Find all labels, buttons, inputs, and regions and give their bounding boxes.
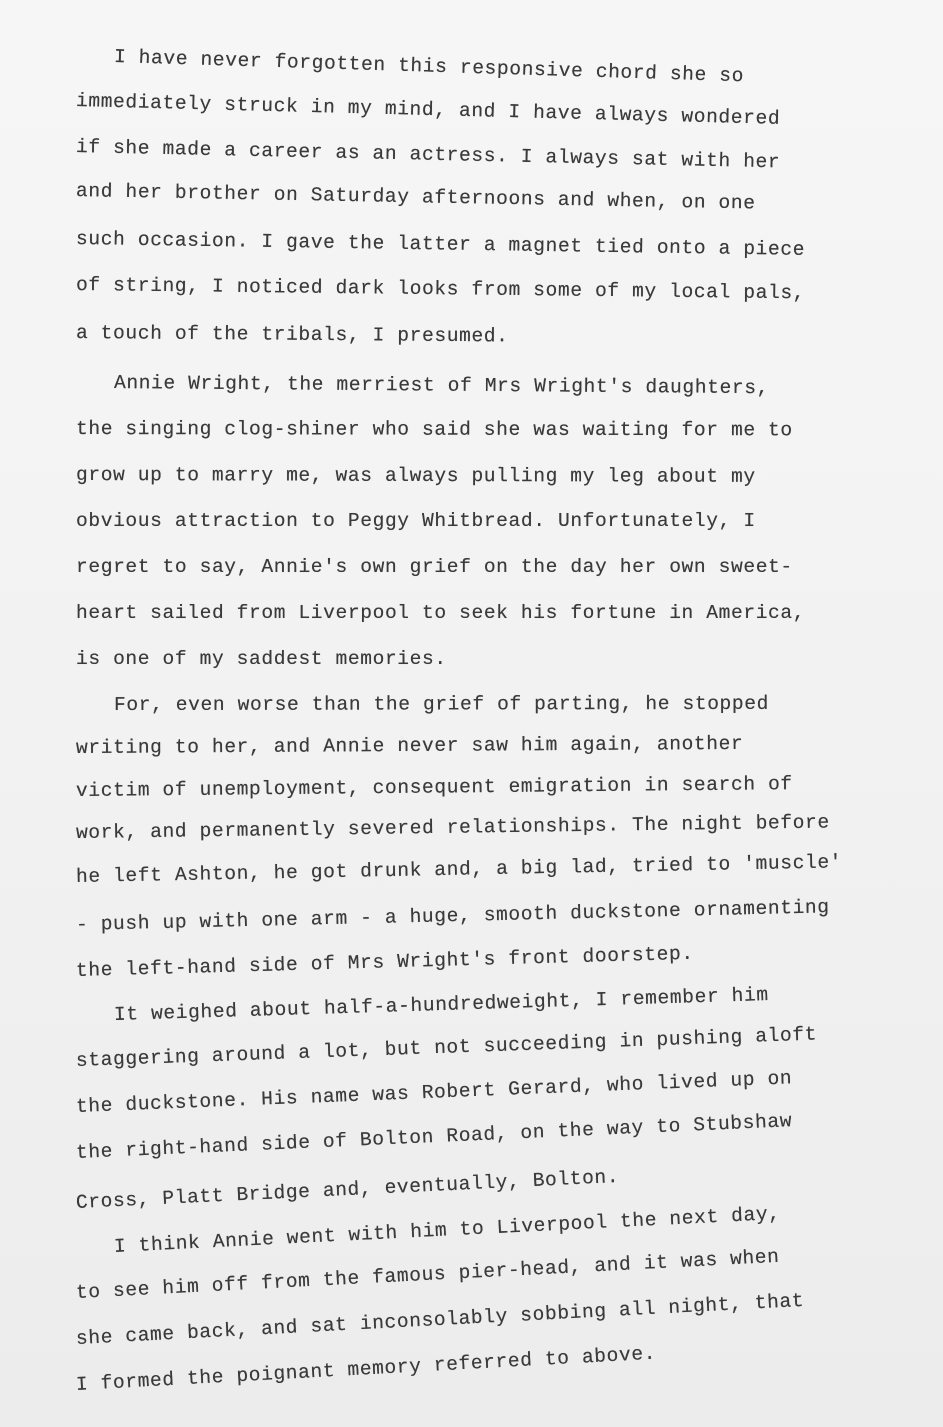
text-line: regret to say, Annie's own grief on the … [76, 556, 793, 578]
text-line: the duckstone. His name was Robert Gerar… [76, 1067, 793, 1118]
text-line: such occasion. I gave the latter a magne… [76, 228, 805, 261]
text-line: the left-hand side of Mrs Wright's front… [76, 943, 694, 982]
text-line: the singing clog-shiner who said she was… [76, 418, 793, 441]
typewritten-page: I have never forgotten this responsive c… [0, 0, 943, 1427]
text-line: - push up with one arm - a huge, smooth … [76, 896, 830, 936]
text-line: if she made a career as an actress. I al… [76, 136, 781, 173]
text-line: Cross, Platt Bridge and, eventually, Bol… [75, 1166, 619, 1214]
text-line: obvious attraction to Peggy Whitbread. U… [76, 510, 756, 532]
text-line: staggering around a lot, but not succeed… [76, 1023, 818, 1072]
text-line: victim of unemployment, consequent emigr… [76, 773, 793, 802]
text-line: I have never forgotten this responsive c… [114, 46, 745, 87]
text-line: work, and permanently severed relationsh… [76, 811, 830, 844]
text-line: I formed the poignant memory referred to… [75, 1343, 656, 1396]
text-line: writing to her, and Annie never saw him … [76, 733, 743, 759]
text-line: he left Ashton, he got drunk and, a big … [76, 851, 842, 888]
text-line: immediately struck in my mind, and I hav… [76, 90, 781, 130]
text-line: the right-hand side of Bolton Road, on t… [76, 1110, 793, 1164]
text-line: Annie Wright, the merriest of Mrs Wright… [114, 372, 769, 399]
text-line: grow up to marry me, was always pulling … [76, 464, 756, 488]
text-line: of string, I noticed dark looks from som… [76, 274, 805, 304]
text-line: For, even worse than the grief of partin… [114, 693, 769, 716]
text-line: is one of my saddest memories. [76, 648, 447, 670]
text-line: heart sailed from Liverpool to seek his … [76, 602, 805, 624]
text-line: It weighed about half-a-hundredweight, I… [114, 984, 769, 1026]
text-line: she came back, and sat inconsolably sobb… [75, 1290, 804, 1350]
text-line: a touch of the tribals, I presumed. [76, 322, 509, 347]
text-line: and her brother on Saturday afternoons a… [76, 180, 756, 214]
text-line: I think Annie went with him to Liverpool… [113, 1203, 781, 1258]
